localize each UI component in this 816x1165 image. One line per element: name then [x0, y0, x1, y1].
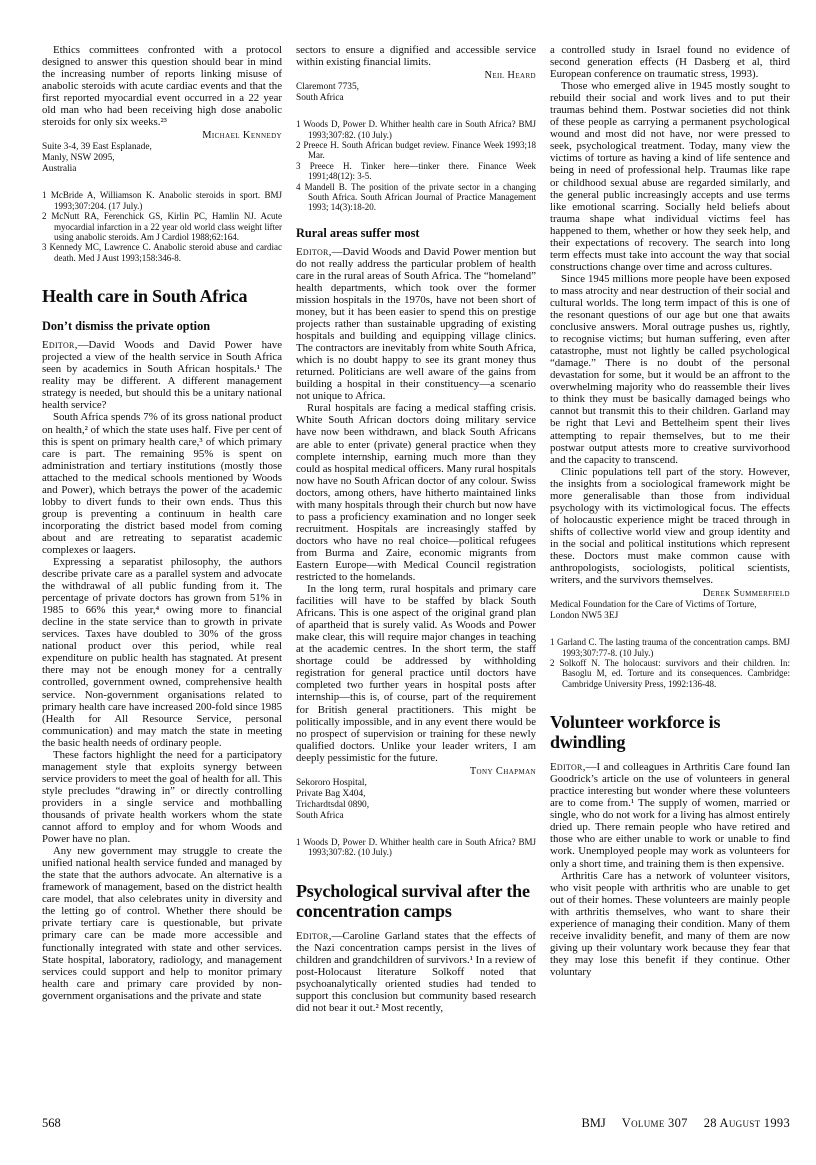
letter-opening-paragraph: Editor,—David Woods and David Power have… — [42, 339, 282, 411]
reference-item: 4 Mandell B. The position of the private… — [296, 182, 536, 213]
reference-list: 1 Woods D, Power D. Whither health care … — [296, 837, 536, 858]
address-line: South Africa — [296, 811, 536, 822]
letters-columns: Ethics committees confronted with a prot… — [42, 44, 790, 1014]
letter-opening-paragraph: Editor,—I and colleagues in Arthritis Ca… — [550, 761, 790, 869]
reference-item: 1 Garland C. The lasting trauma of the c… — [550, 637, 790, 658]
address-line: South Africa — [296, 93, 536, 104]
volume-label: Volume 307 — [622, 1116, 688, 1131]
paragraph: Those who emerged alive in 1945 mostly s… — [550, 80, 790, 273]
journal-name: BMJ — [581, 1116, 605, 1131]
paragraph: Clinic populations tell part of the stor… — [550, 466, 790, 586]
author-address: Claremont 7735,South Africa — [296, 82, 536, 104]
letter-signature: Derek Summerfield — [550, 588, 790, 599]
editor-label: Editor, — [42, 339, 78, 351]
paragraph: a controlled study in Israel found no ev… — [550, 44, 790, 80]
footer: 568 BMJ Volume 307 28 August 1993 — [42, 1116, 790, 1131]
reference-list: 1 Garland C. The lasting trauma of the c… — [550, 637, 790, 689]
editor-label: Editor, — [296, 930, 332, 942]
address-line: Sekororo Hospital, — [296, 778, 536, 789]
letter-sub-heading: Rural areas suffer most — [296, 226, 536, 240]
paragraph: These factors highlight the need for a p… — [42, 749, 282, 845]
section-heading: Volunteer workforce is dwindling — [550, 712, 790, 752]
reference-list: 1 McBride A, Williamson K. Anabolic ster… — [42, 190, 282, 263]
paragraph: Arthritis Care has a network of voluntee… — [550, 870, 790, 978]
editor-label: Editor, — [550, 761, 586, 773]
reference-item: 1 McBride A, Williamson K. Anabolic ster… — [42, 190, 282, 211]
paragraph: In the long term, rural hospitals and pr… — [296, 583, 536, 764]
column-3: a controlled study in Israel found no ev… — [550, 44, 790, 1014]
column-1: Ethics committees confronted with a prot… — [42, 44, 282, 1014]
reference-item: 1 Woods D, Power D. Whither health care … — [296, 119, 536, 140]
paragraph: Since 1945 millions more people have bee… — [550, 273, 790, 466]
letter-opening-paragraph: Editor,—David Woods and David Power ment… — [296, 246, 536, 403]
paragraph: Ethics committees confronted with a prot… — [42, 44, 282, 128]
address-line: Private Bag X404, — [296, 789, 536, 800]
reference-item: 2 Preece H. South African budget review.… — [296, 140, 536, 161]
reference-item: 3 Preece H. Tinker here—tinker there. Fi… — [296, 161, 536, 182]
reference-item: 3 Kennedy MC, Lawrence C. Anabolic stero… — [42, 242, 282, 263]
reference-item: 2 McNutt RA, Ferenchick GS, Kirlin PC, H… — [42, 211, 282, 242]
journal-page: Ethics committees confronted with a prot… — [0, 0, 816, 1165]
reference-item: 1 Woods D, Power D. Whither health care … — [296, 837, 536, 858]
address-line: Medical Foundation for the Care of Victi… — [550, 600, 790, 611]
address-line: London NW5 3EJ — [550, 611, 790, 622]
reference-item: 2 Solkoff N. The holocaust: survivors an… — [550, 658, 790, 689]
letter-opening-paragraph: Editor,—Caroline Garland states that the… — [296, 930, 536, 1014]
footer-journal-info: BMJ Volume 307 28 August 1993 — [581, 1116, 790, 1131]
paragraph: sectors to ensure a dignified and access… — [296, 44, 536, 68]
paragraph: Any new government may struggle to creat… — [42, 845, 282, 1002]
author-address: Medical Foundation for the Care of Victi… — [550, 600, 790, 622]
address-line: Claremont 7735, — [296, 82, 536, 93]
editor-label: Editor, — [296, 246, 332, 258]
reference-list: 1 Woods D, Power D. Whither health care … — [296, 119, 536, 213]
section-heading: Health care in South Africa — [42, 286, 282, 306]
address-line: Australia — [42, 164, 282, 175]
page-number: 568 — [42, 1116, 61, 1131]
issue-date: 28 August 1993 — [704, 1116, 790, 1131]
letter-sub-heading: Don’t dismiss the private option — [42, 319, 282, 333]
paragraph: South Africa spends 7% of its gross nati… — [42, 411, 282, 556]
address-line: Trichardtsdal 0890, — [296, 800, 536, 811]
paragraph: Expressing a separatist philosophy, the … — [42, 556, 282, 749]
section-heading: Psychological survival after the concent… — [296, 881, 536, 921]
author-address: Sekororo Hospital,Private Bag X404,Trich… — [296, 778, 536, 822]
letter-signature: Michael Kennedy — [42, 130, 282, 141]
author-address: Suite 3-4, 39 East Esplanade,Manly, NSW … — [42, 142, 282, 175]
address-line: Suite 3-4, 39 East Esplanade, — [42, 142, 282, 153]
letter-signature: Tony Chapman — [296, 766, 536, 777]
paragraph: Rural hospitals are facing a medical sta… — [296, 402, 536, 583]
address-line: Manly, NSW 2095, — [42, 153, 282, 164]
column-2: sectors to ensure a dignified and access… — [296, 44, 536, 1014]
letter-signature: Neil Heard — [296, 70, 536, 81]
